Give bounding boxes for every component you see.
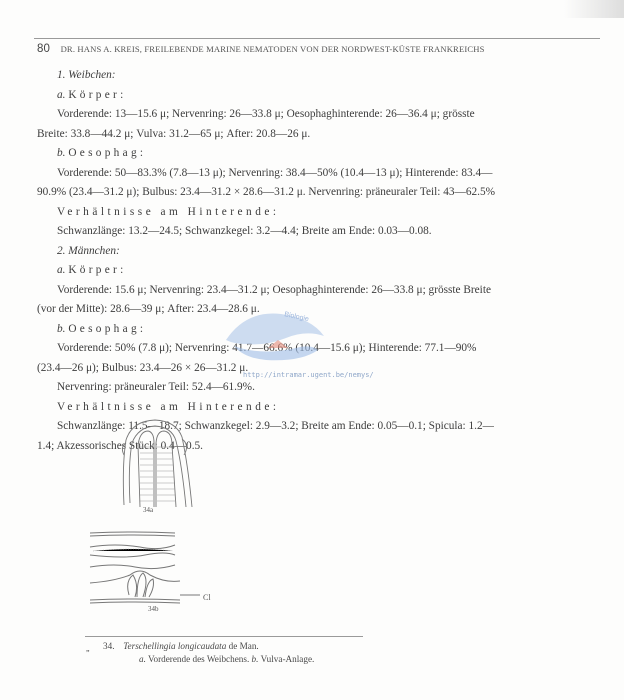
subsection-hinterende-female: Verhältnisse am Hinterende: bbox=[37, 203, 605, 223]
caption-rule bbox=[85, 636, 363, 637]
text-line: (vor der Mitte): 28.6—39 μ; After: 23.4—… bbox=[37, 300, 605, 320]
watermark-url: http://intramar.ugent.be/nemys/ bbox=[243, 371, 374, 379]
text-line: Breite: 33.8—44.2 μ; Vulva: 31.2—65 μ; A… bbox=[37, 125, 605, 145]
text-line: Vorderende: 50—83.3% (7.8—13 μ); Nervenr… bbox=[37, 164, 605, 184]
text-line: Vorderende: 15.6 μ; Nervenring: 23.4—31.… bbox=[37, 281, 605, 301]
subsection-koerper-female: a. Körper: bbox=[37, 86, 605, 106]
page-number: 80 bbox=[37, 43, 50, 55]
subsection-oesophag-female: b. Oesophag: bbox=[37, 144, 605, 164]
text-line: 90.9% (23.4—31.2 μ); Bulbus: 23.4—31.2 ×… bbox=[37, 183, 605, 203]
caption-species: Terschellingia longicaudata bbox=[123, 641, 226, 651]
running-head: 80 Dr. Hans A. Kreis, Freilebende marine… bbox=[37, 43, 607, 55]
text-line: Schwanzlänge: 13.2—24.5; Schwanzkegel: 3… bbox=[37, 222, 605, 242]
section-heading-female: 1. Weibchen: bbox=[37, 66, 605, 86]
figure-34a-label: 34a bbox=[143, 506, 153, 514]
figure-caption: „ 34. Terschellingia longicaudata de Man… bbox=[86, 640, 486, 666]
scan-smudge bbox=[564, 0, 624, 18]
body-text: 1. Weibchen: a. Körper: Vorderende: 13—1… bbox=[37, 66, 605, 456]
ditto-mark: „ bbox=[86, 642, 90, 655]
header-rule bbox=[34, 38, 600, 39]
figure-34b-label: 34b bbox=[148, 605, 159, 613]
subsection-oesophag-male: b. Oesophag: bbox=[37, 320, 605, 340]
text-line: Vorderende: 13—15.6 μ; Nervenring: 26—33… bbox=[37, 105, 605, 125]
caption-author: de Man. bbox=[226, 641, 258, 651]
section-heading-male: 2. Männchen: bbox=[37, 242, 605, 262]
subsection-koerper-male: a. Körper: bbox=[37, 261, 605, 281]
figure-34b-annotation: Cl bbox=[203, 593, 211, 602]
figure-34a-nematode-anterior bbox=[110, 415, 200, 520]
figure-34b-vulva bbox=[85, 525, 215, 615]
text-line: Vorderende: 50% (7.8 μ); Nervenring: 41.… bbox=[37, 339, 605, 359]
running-title: Dr. Hans A. Kreis, Freilebende marine Ne… bbox=[61, 44, 485, 54]
text-line: Nervenring: präneuraler Teil: 52.4—61.9%… bbox=[37, 378, 605, 398]
caption-number: 34. bbox=[103, 640, 121, 653]
